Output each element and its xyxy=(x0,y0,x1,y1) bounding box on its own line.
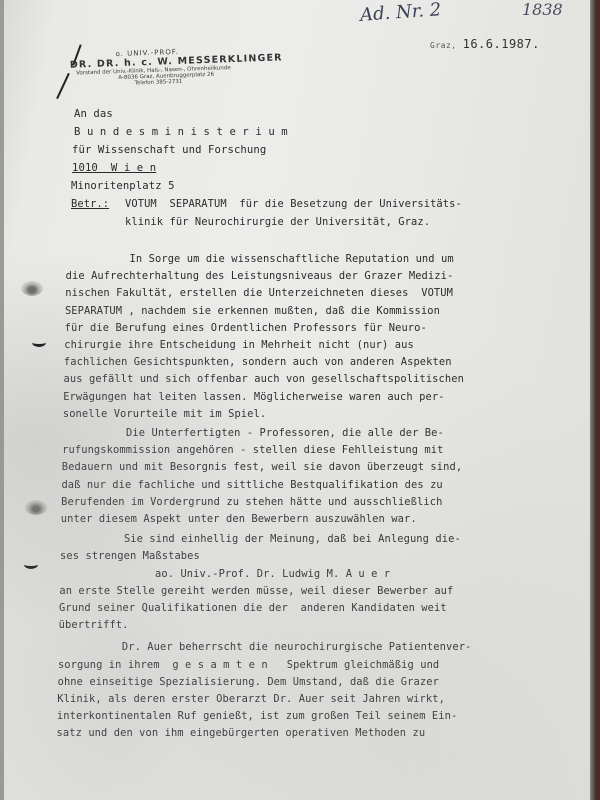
body-line: Klinik, als deren erster Oberarzt Dr. Au… xyxy=(57,693,445,705)
body-line: übertrifft. xyxy=(59,619,129,631)
letterhead-stamp: o. UNIV.-PROF. DR. DR. h. c. W. MESSERKL… xyxy=(69,44,283,88)
ink-mark xyxy=(32,338,46,347)
body-line: daß nur die fachliche und sittliche Best… xyxy=(61,479,442,491)
subject-line: klinik für Neurochirurgie der Universitä… xyxy=(125,216,430,228)
ink-mark xyxy=(24,560,38,569)
handwritten-number: 1838 xyxy=(522,0,563,19)
punch-hole xyxy=(25,500,47,515)
punch-hole xyxy=(21,281,43,296)
body-line: Die Unterfertigten - Professoren, die al… xyxy=(63,427,444,439)
body-line: In Sorge um die wissenschaftliche Reputa… xyxy=(66,253,454,265)
body-line: rufungskommission angehören - stellen di… xyxy=(62,444,443,456)
body-line: fachlichen Gesichtspunkten, sondern auch… xyxy=(64,356,452,368)
subject-label: Betr.: xyxy=(71,198,109,210)
handwritten-reference: Ad. Nr. 2 xyxy=(359,0,442,26)
body-line: nischen Fakultät, erstellen die Unterzei… xyxy=(65,287,453,299)
recipient-street: Minoritenplatz 5 xyxy=(71,180,175,192)
body-line: ses strengen Maßstabes xyxy=(60,550,200,562)
body-line: ao. Univ.-Prof. Dr. Ludwig M. A u e r xyxy=(60,568,391,580)
page-edge-left xyxy=(0,0,4,800)
recipient-line: An das xyxy=(74,108,113,120)
page-edge-right xyxy=(590,0,600,800)
body-line: für die Berufung eines Ordentlichen Prof… xyxy=(65,322,427,334)
body-line: ohne einseitige Spezialisierung. Dem Ums… xyxy=(58,676,439,688)
body-line: sonelle Vorurteile mit im Spiel. xyxy=(63,408,266,420)
date-place: Graz, xyxy=(430,41,457,50)
body-line: Erwägungen hat leiten lassen. Möglicherw… xyxy=(63,391,444,403)
stamp-stroke xyxy=(56,73,70,99)
body-line: an erste Stelle gereiht werden müsse, we… xyxy=(59,585,453,597)
body-line: unter diesem Aspekt unter den Bewerbern … xyxy=(61,513,417,525)
subject-line: VOTUM SEPARATUM für die Besetzung der Un… xyxy=(125,198,462,210)
body-line: chirurgie ihre Entscheidung in Mehrheit … xyxy=(64,339,414,351)
letter-date: Graz,16.6.1987. xyxy=(430,37,540,51)
recipient-line: für Wissenschaft und Forschung xyxy=(72,144,266,156)
body-line: Berufenden im Vordergrund zu stehen hätt… xyxy=(61,496,442,508)
body-line: Bedauern und mit Besorgnis fest, weil si… xyxy=(62,461,462,473)
body-line: satz und den von ihm eingebürgerten oper… xyxy=(57,727,426,739)
body-line: interkontinentalen Ruf genießt, ist zum … xyxy=(57,710,457,722)
body-line: die Aufrechterhaltung des Leistungsnivea… xyxy=(66,270,454,282)
body-line: Dr. Auer beherrscht die neurochirurgisch… xyxy=(58,641,471,653)
recipient-city: 1010 W i e n xyxy=(72,162,156,174)
date-value: 16.6.1987. xyxy=(463,37,540,51)
body-line: Sie sind einhellig der Meinung, daß bei … xyxy=(60,533,460,545)
document-page: Ad. Nr. 2 1838 Graz,16.6.1987. o. UNIV.-… xyxy=(0,0,592,800)
body-line: Grund seiner Qualifikationen die der and… xyxy=(59,602,447,614)
body-line: SEPARATUM , nachdem sie erkennen mußten,… xyxy=(65,305,440,317)
body-line: aus gefällt und sich offenbar auch von g… xyxy=(64,373,464,385)
body-line: sorgung in ihrem g e s a m t e n Spektru… xyxy=(58,659,439,671)
recipient-line: B u n d e s m i n i s t e r i u m xyxy=(74,126,288,138)
